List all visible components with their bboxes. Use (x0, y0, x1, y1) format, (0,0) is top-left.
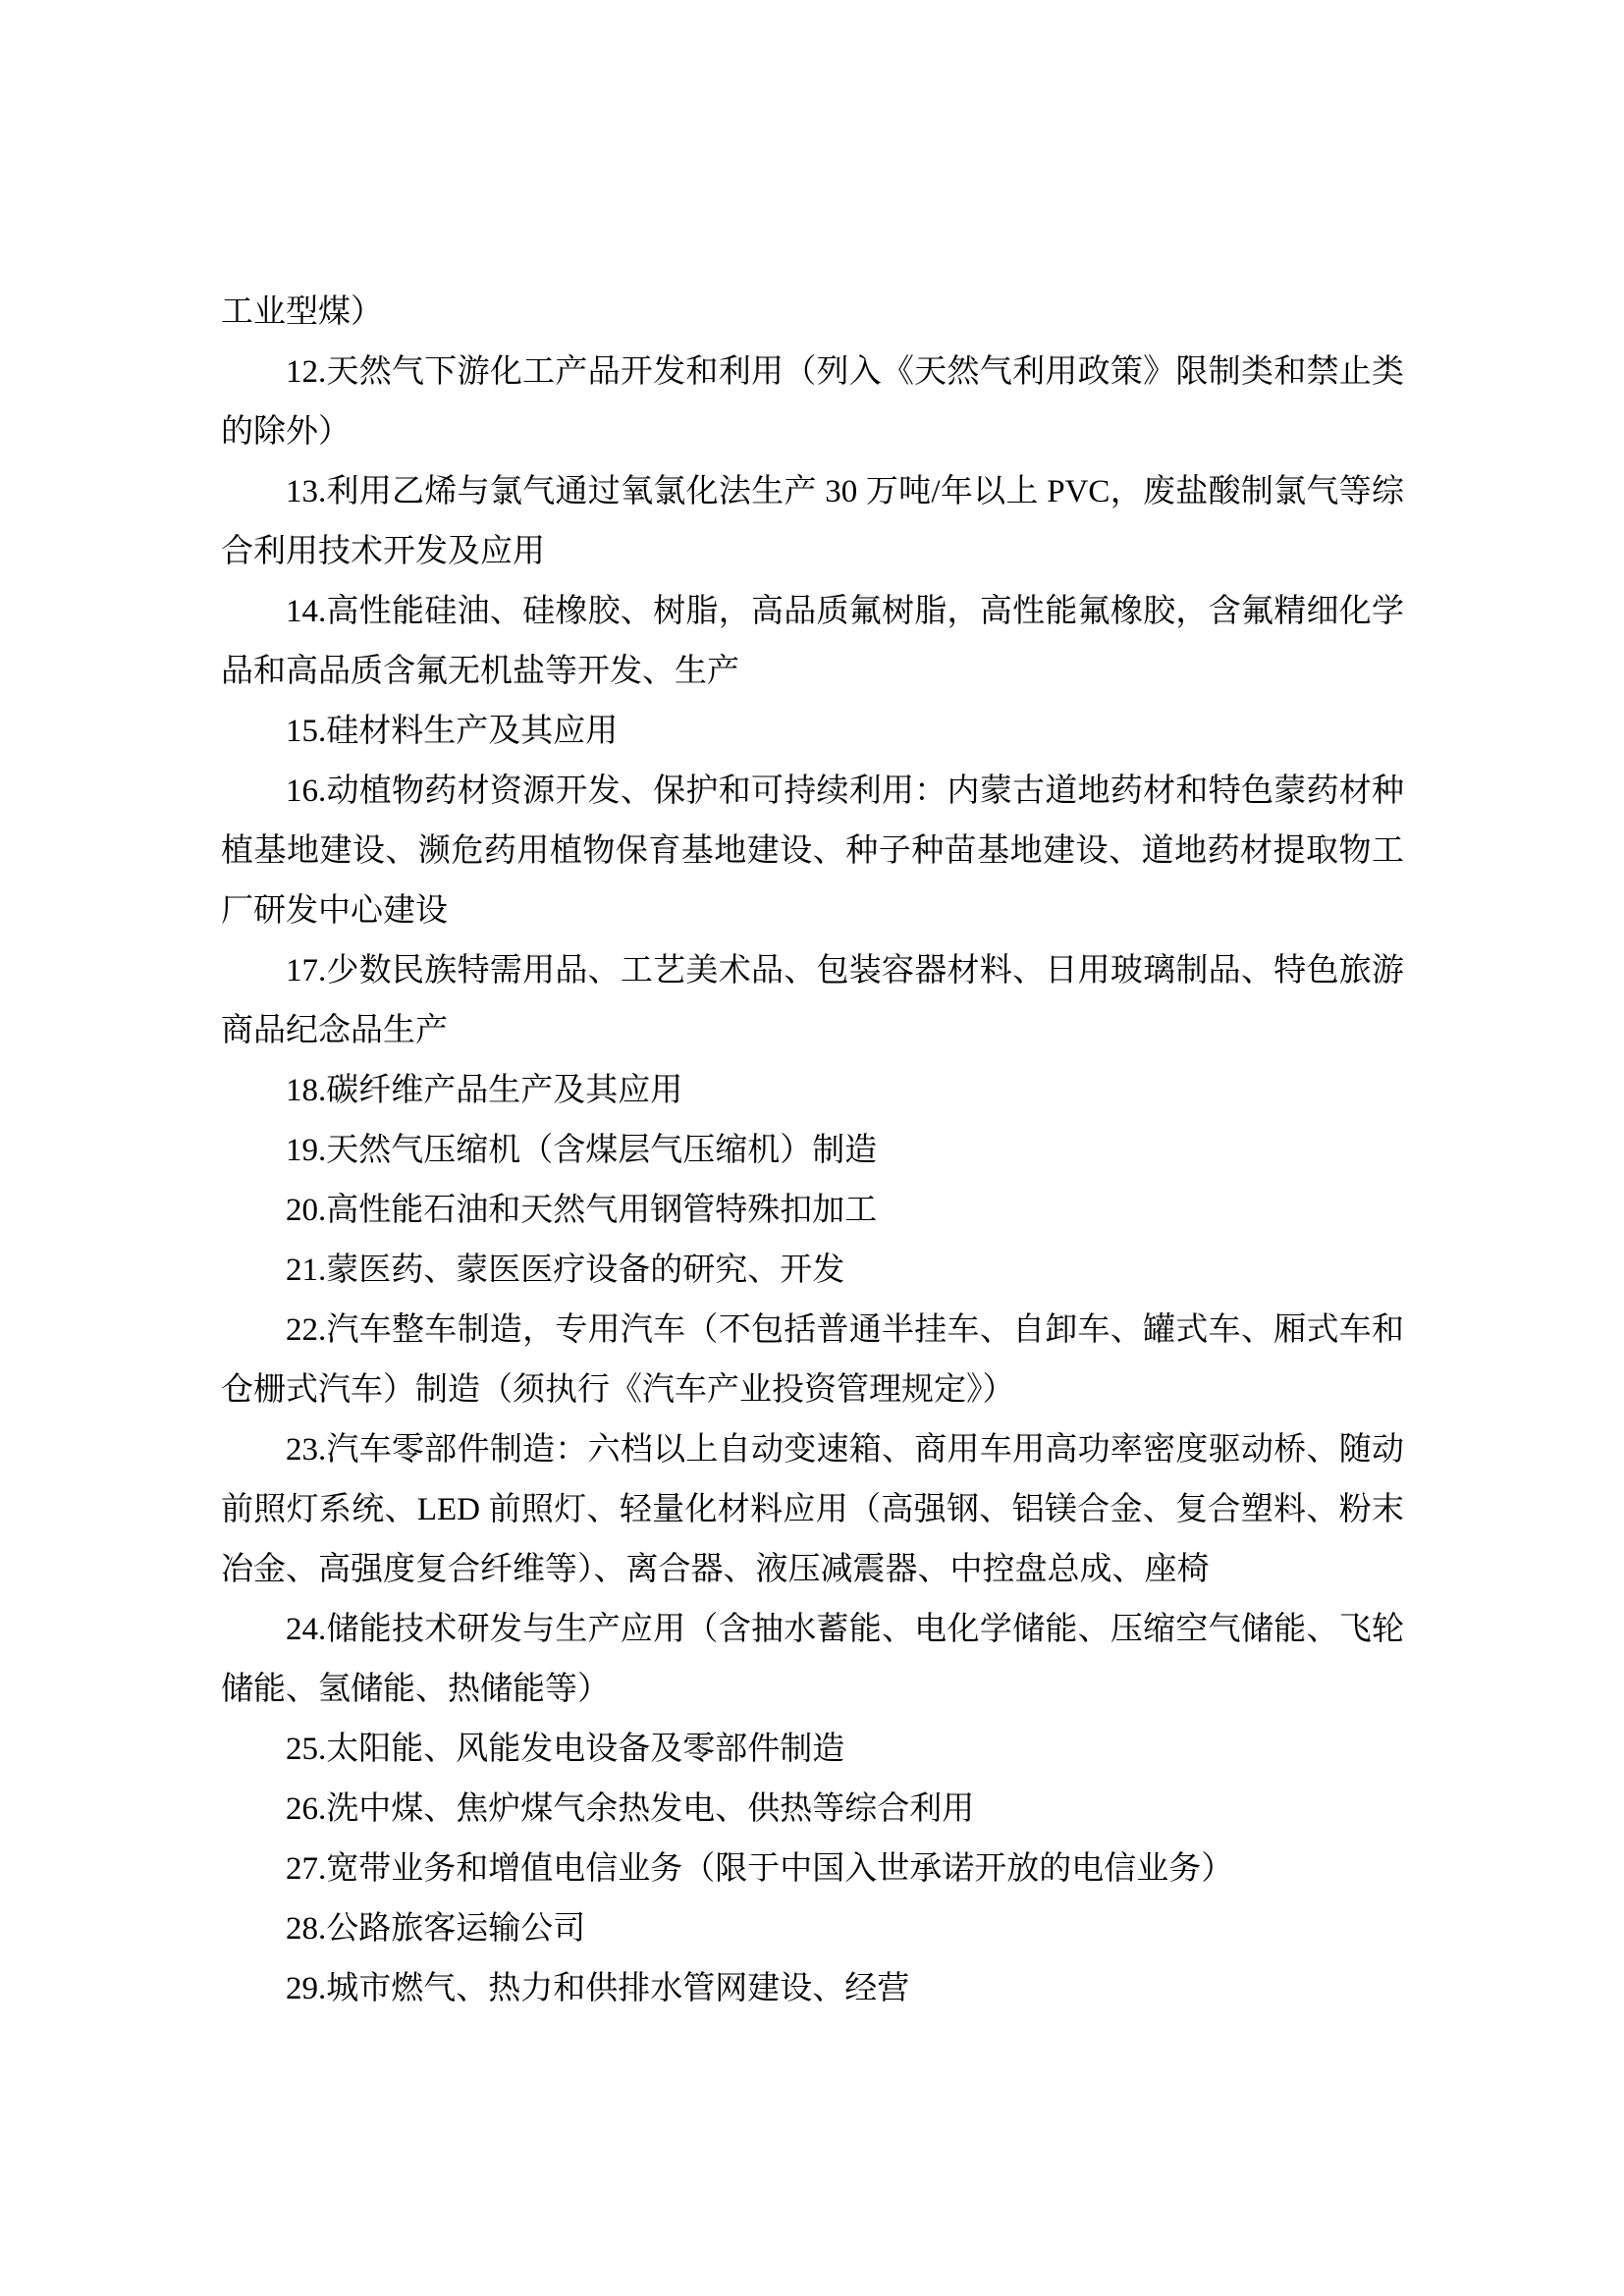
text-line: 13.利用乙烯与氯气通过氧氯化法生产 30 万吨/年以上 PVC，废盐酸制氯气等… (221, 462, 1404, 522)
document-text-block: 工业型煤） 12.天然气下游化工产品开发和利用（列入《天然气利用政策》限制类和禁… (221, 283, 1404, 2019)
text-line: 商品纪念品生产 (221, 1001, 1404, 1061)
text-line: 厂研发中心建设 (221, 881, 1404, 941)
text-line: 冶金、高强度复合纤维等）、离合器、液压减震器、中控盘总成、座椅 (221, 1540, 1404, 1600)
text-line: 品和高品质含氟无机盐等开发、生产 (221, 642, 1404, 702)
text-line: 植基地建设、濒危药用植物保育基地建设、种子种苗基地建设、道地药材提取物工 (221, 822, 1404, 881)
text-line: 仓栅式汽车）制造（须执行《汽车产业投资管理规定》） (221, 1361, 1404, 1420)
document-page: 工业型煤） 12.天然气下游化工产品开发和利用（列入《天然气利用政策》限制类和禁… (0, 0, 1624, 2296)
text-line: 28.公路旅客运输公司 (221, 1899, 1404, 1959)
text-line: 24.储能技术研发与生产应用（含抽水蓄能、电化学储能、压缩空气储能、飞轮 (221, 1600, 1404, 1660)
text-line: 前照灯系统、LED 前照灯、轻量化材料应用（高强钢、铝镁合金、复合塑料、粉末 (221, 1480, 1404, 1540)
text-line: 储能、氢储能、热储能等） (221, 1660, 1404, 1720)
text-line: 18.碳纤维产品生产及其应用 (221, 1061, 1404, 1121)
text-line: 19.天然气压缩机（含煤层气压缩机）制造 (221, 1121, 1404, 1181)
text-line: 工业型煤） (221, 283, 1404, 343)
text-line: 12.天然气下游化工产品开发和利用（列入《天然气利用政策》限制类和禁止类 (221, 343, 1404, 402)
text-line: 26.洗中煤、焦炉煤气余热发电、供热等综合利用 (221, 1780, 1404, 1840)
text-line: 21.蒙医药、蒙医医疗设备的研究、开发 (221, 1241, 1404, 1301)
text-line: 的除外） (221, 402, 1404, 462)
text-line: 22.汽车整车制造，专用汽车（不包括普通半挂车、自卸车、罐式车、厢式车和 (221, 1301, 1404, 1361)
text-line: 25.太阳能、风能发电设备及零部件制造 (221, 1720, 1404, 1780)
text-line: 29.城市燃气、热力和供排水管网建设、经营 (221, 1959, 1404, 2019)
text-line: 16.动植物药材资源开发、保护和可持续利用：内蒙古道地药材和特色蒙药材种 (221, 762, 1404, 822)
text-line: 17.少数民族特需用品、工艺美术品、包装容器材料、日用玻璃制品、特色旅游 (221, 941, 1404, 1001)
text-line: 27.宽带业务和增值电信业务（限于中国入世承诺开放的电信业务） (221, 1840, 1404, 1899)
text-line: 20.高性能石油和天然气用钢管特殊扣加工 (221, 1181, 1404, 1241)
text-line: 23.汽车零部件制造：六档以上自动变速箱、商用车用高功率密度驱动桥、随动 (221, 1420, 1404, 1480)
text-line: 15.硅材料生产及其应用 (221, 702, 1404, 762)
text-line: 合利用技术开发及应用 (221, 522, 1404, 582)
text-line: 14.高性能硅油、硅橡胶、树脂，高品质氟树脂，高性能氟橡胶，含氟精细化学 (221, 582, 1404, 642)
